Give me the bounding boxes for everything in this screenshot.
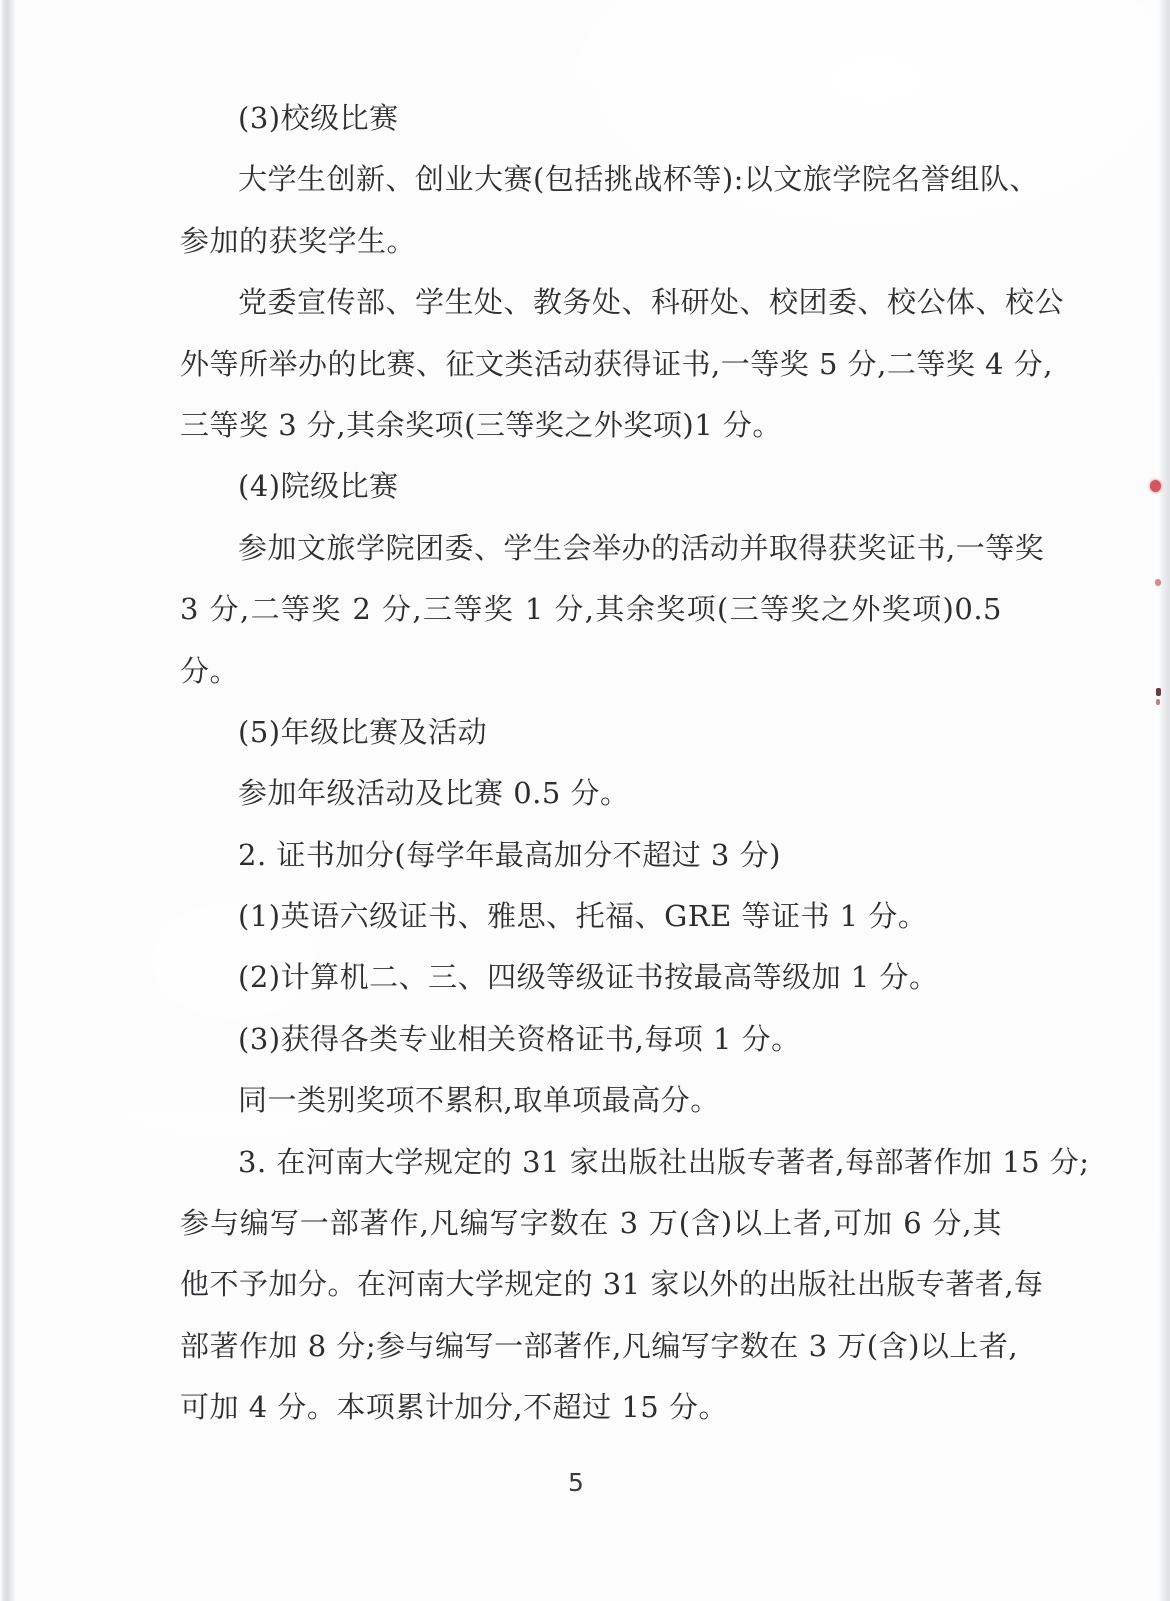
- page-number: 5: [180, 1468, 972, 1497]
- text-line: 他不予加分。在河南大学规定的 31 家以外的出版社出版专著者,每: [180, 1254, 1002, 1315]
- text-line: (3)获得各类专业相关资格证书,每项 1 分。: [180, 1009, 1002, 1070]
- text-line: 参与编写一部著作,凡编写字数在 3 万(含)以上者,可加 6 分,其: [180, 1193, 1002, 1254]
- text-line: 参加文旅学院团委、学生会举办的活动并取得获奖证书,一等奖: [180, 518, 1002, 579]
- text-line: 党委宣传部、学生处、教务处、科研处、校团委、校公体、校公: [180, 272, 1002, 333]
- red-ink-mark: [1156, 699, 1160, 705]
- heading-school-level-competition: (3)校级比赛: [180, 88, 1002, 149]
- page-left-edge-shadow: [0, 0, 16, 1601]
- text-line: 三等奖 3 分,其余奖项(三等奖之外奖项)1 分。: [180, 395, 1002, 456]
- red-ink-mark: [1150, 480, 1161, 492]
- text-line: 同一类别奖项不累积,取单项最高分。: [180, 1070, 1002, 1131]
- document-page: { "page": { "number": "5" }, "colors": {…: [0, 0, 1170, 1601]
- text-line: (2)计算机二、三、四级等级证书按最高等级加 1 分。: [180, 947, 1002, 1008]
- text-line: 参加的获奖学生。: [180, 211, 1002, 272]
- heading-publication-bonus: 3. 在河南大学规定的 31 家出版社出版专著者,每部著作加 15 分;: [180, 1132, 1002, 1193]
- red-ink-mark: [1155, 579, 1161, 586]
- heading-certificate-bonus: 2. 证书加分(每学年最高加分不超过 3 分): [180, 825, 1002, 886]
- text-line: 参加年级活动及比赛 0.5 分。: [180, 763, 1002, 824]
- text-line: 3 分,二等奖 2 分,三等奖 1 分,其余奖项(三等奖之外奖项)0.5: [180, 579, 1002, 640]
- document-body: (3)校级比赛 大学生创新、创业大赛(包括挑战杯等):以文旅学院名誉组队、 参加…: [180, 88, 1002, 1439]
- heading-college-level-competition: (4)院级比赛: [180, 456, 1002, 517]
- text-line: 部著作加 8 分;参与编写一部著作,凡编写字数在 3 万(含)以上者,: [180, 1316, 1002, 1377]
- red-ink-mark: [1156, 688, 1161, 696]
- text-line: 大学生创新、创业大赛(包括挑战杯等):以文旅学院名誉组队、: [180, 149, 1002, 210]
- text-line: 外等所举办的比赛、征文类活动获得证书,一等奖 5 分,二等奖 4 分,: [180, 334, 1002, 395]
- text-line: (1)英语六级证书、雅思、托福、GRE 等证书 1 分。: [180, 886, 1002, 947]
- page-right-edge-shadow: [1158, 0, 1170, 1601]
- heading-grade-level-competition: (5)年级比赛及活动: [180, 702, 1002, 763]
- text-line: 分。: [180, 641, 1002, 702]
- text-line: 可加 4 分。本项累计加分,不超过 15 分。: [180, 1377, 1002, 1438]
